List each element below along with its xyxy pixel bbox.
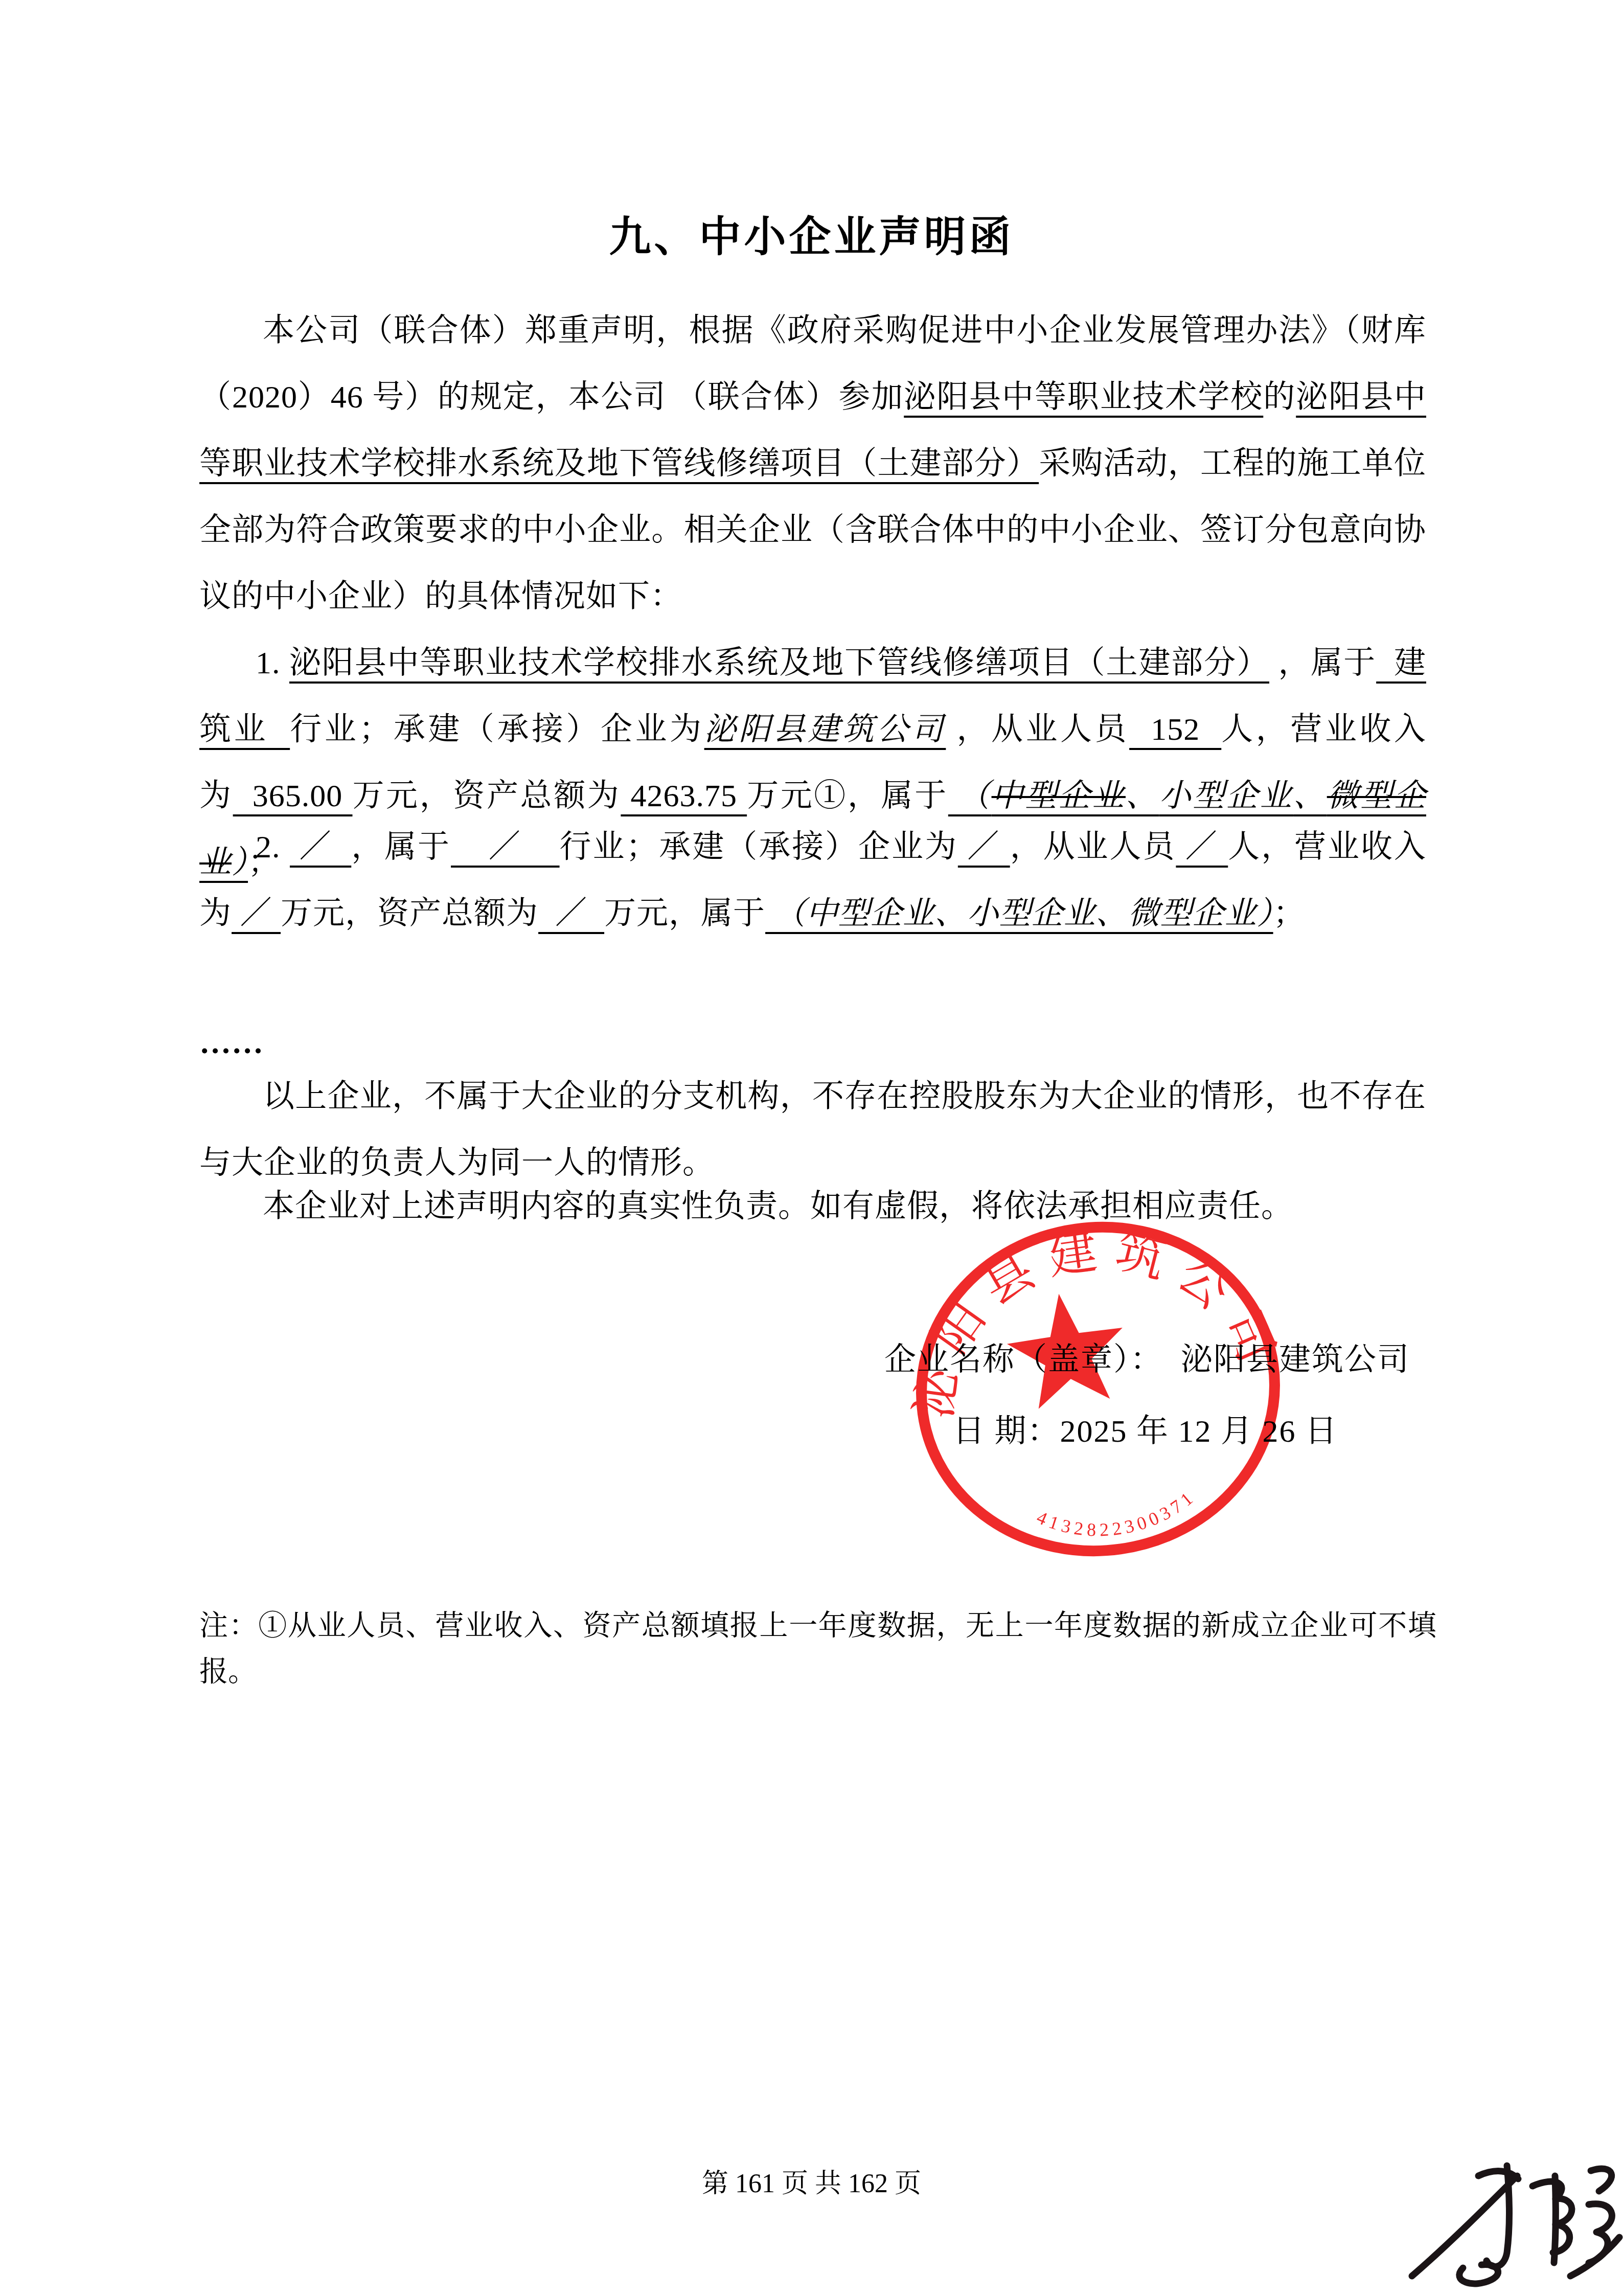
item1-types-open: （	[948, 779, 992, 813]
signature-name-line: 企业名称（盖章）： 泌阳县建筑公司	[884, 1324, 1410, 1396]
item2-text-2: 行业；承建（承接）企业为	[560, 830, 958, 865]
item1-type-small: 小型企业	[1159, 779, 1293, 813]
item1-revenue-blank: 365.00	[233, 779, 353, 813]
item1-project-blank: 泌阳县中等职业技术学校排水系统及地下管线修缮项目（土建部分）	[289, 646, 1269, 680]
document-title: 九、中小企业声明函	[0, 203, 1623, 263]
purchaser-name-underlined: 泌阳县中等职业技术学校	[904, 380, 1263, 415]
paragraph-responsibility: 本企业对上述声明内容的真实性负责。如有虚假，将依法承担相应责任。	[199, 1173, 1426, 1240]
document-page: 九、中小企业声明函 本公司（联合体）郑重声明，根据《政府采购促进中小企业发展管理…	[0, 0, 1623, 2296]
item2-text-1: ，属于	[351, 830, 451, 865]
paragraph-intro: 本公司（联合体）郑重声明，根据《政府采购促进中小企业发展管理办法》（财库（202…	[199, 298, 1426, 630]
item2-number: 2.	[256, 830, 290, 865]
item2-revenue-blank: ／	[232, 896, 281, 931]
item1-types-sep2: 、	[1293, 779, 1327, 813]
item2-company-blank: ／	[958, 830, 1010, 865]
item1-text-6: 万元①，属于	[747, 779, 948, 813]
item2-text-6: 万元，属于	[604, 896, 765, 931]
item2-text-7: ；	[1273, 896, 1306, 931]
signature-date-line: 日 期：2025 年 12 月 26 日	[953, 1396, 1338, 1467]
stamp-code-text: 4132822300371	[1031, 1484, 1203, 1550]
footnote: 注：①从业人员、营业收入、资产总额填报上一年度数据，无上一年度数据的新成立企业可…	[199, 1603, 1436, 1695]
item1-text-5: 万元，资产总额为	[352, 779, 621, 813]
item1-assets-blank: 4263.75	[621, 779, 747, 813]
item1-type-medium-struck: 中型企业	[992, 779, 1126, 813]
svg-text:4132822300371: 4132822300371	[1031, 1484, 1203, 1550]
item1-text-2: 行业；承建（承接）企业为	[290, 712, 704, 747]
signature-gap	[1163, 1343, 1181, 1377]
item1-text-1: ，属于	[1269, 646, 1376, 680]
page-number: 第 161 页 共 162 页	[0, 2162, 1623, 2200]
item1-types-sep1: 、	[1126, 779, 1159, 813]
item2-project-blank: ／	[290, 830, 351, 865]
item1-company-blank: 泌阳县建筑公司	[704, 712, 946, 747]
item2-assets-blank: ／	[538, 896, 604, 931]
signature-company-name: 泌阳县建筑公司	[1181, 1343, 1410, 1377]
paragraph-item-2: 2. ／ ，属于 ／ 行业；承建（承接）企业为 ／ ，从业人员 ／ 人，营业收入…	[199, 814, 1426, 947]
item1-number: 1.	[256, 646, 289, 680]
item1-employees-blank: 152	[1129, 712, 1221, 747]
item2-text-3: ，从业人员	[1010, 830, 1176, 865]
company-seal-label: 企业名称（盖章）：	[884, 1343, 1163, 1377]
item2-industry-blank: ／	[451, 830, 559, 865]
item2-enterprise-types: （中型企业、小型企业、微型企业）	[765, 896, 1273, 931]
item2-employees-blank: ／	[1176, 830, 1228, 865]
item1-text-3: ，从业人员	[946, 712, 1129, 747]
intro-text-2: 的	[1263, 380, 1296, 415]
item2-text-5: 万元，资产总额为	[281, 896, 538, 931]
